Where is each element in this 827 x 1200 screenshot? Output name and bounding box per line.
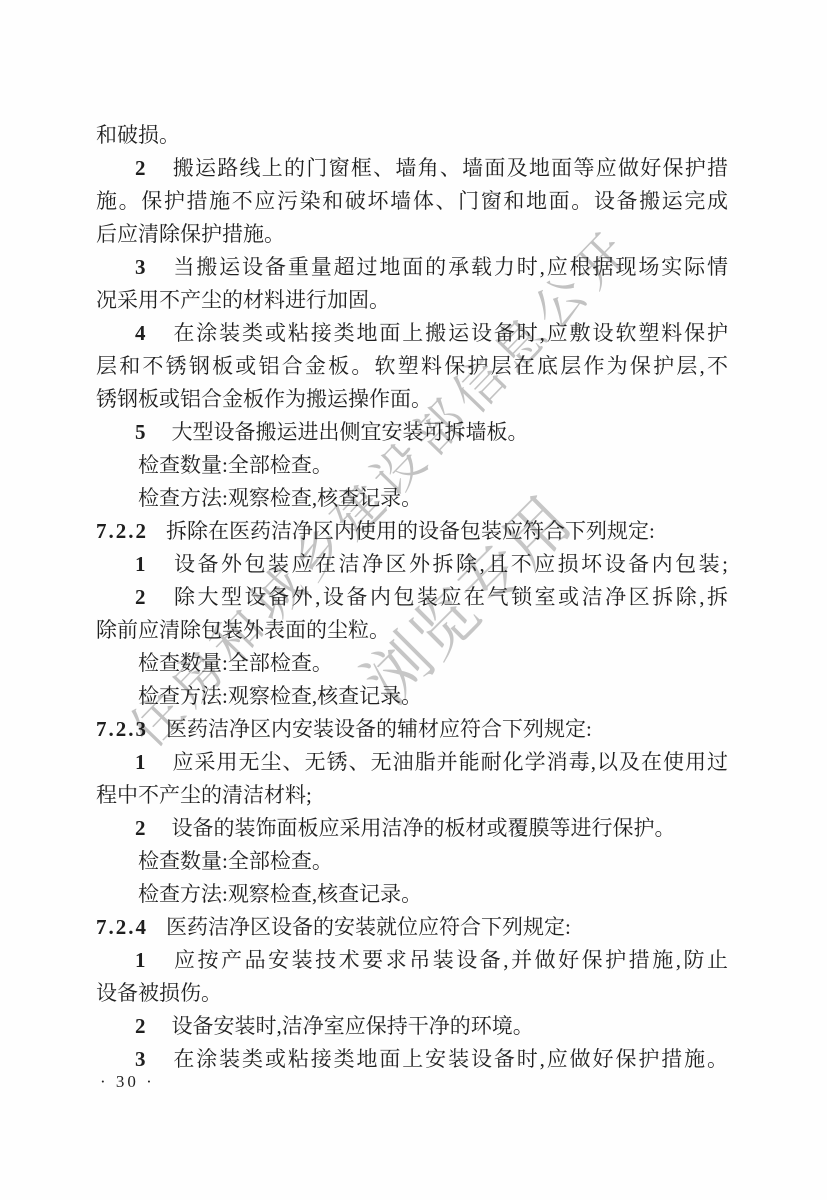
text-line-2: 2搬运路线上的门窗框、墙角、墙面及地面等应做好保护措 [96,152,728,185]
text-line: 施。保护措施不应污染和破坏墙体、门窗和地面。设备搬运完成 [96,185,728,218]
text-line-1: 1应按产品安装技术要求吊装设备,并做好保护措施,防止 [96,944,728,977]
clause-number: 3 [135,1047,146,1071]
line-text: 拆除在医药洁净区内使用的设备包装应符合下列规定: [166,519,655,543]
text-line: 后应清除保护措施。 [96,218,728,251]
text-line: 检查方法:观察检查,核查记录。 [96,482,728,515]
line-text: 应采用无尘、无锈、无油脂并能耐化学消毒,以及在使用过 [172,750,729,774]
line-text: 检查数量:全部检查。 [138,651,333,675]
clause-number: 2 [135,816,146,840]
text-line: 检查方法:观察检查,核查记录。 [96,680,728,713]
line-text: 大型设备搬运进出侧宜安装可拆墙板。 [172,420,529,444]
line-text: 锈钢板或铝合金板作为搬运操作面。 [96,387,432,411]
clause-number: 5 [135,420,146,444]
clause-number: 1 [135,948,146,972]
line-text: 设备安装时,洁净室应保持干净的环境。 [172,1014,534,1038]
clause-number: 7.2.2 [96,519,148,543]
text-line-1: 1应采用无尘、无锈、无油脂并能耐化学消毒,以及在使用过 [96,746,728,779]
line-text: 除大型设备外,设备内包装应在气锁室或洁净区拆除,拆 [172,585,729,609]
clause-number: 1 [135,750,146,774]
text-line-5: 5大型设备搬运进出侧宜安装可拆墙板。 [96,416,728,449]
text-line: 和破损。 [96,119,728,152]
line-text: 程中不产尘的清洁材料; [96,783,312,807]
text-line-7.2.3: 7.2.3医药洁净区内安装设备的辅材应符合下列规定: [96,713,728,746]
document-body: 和破损。2搬运路线上的门窗框、墙角、墙面及地面等应做好保护措施。保护措施不应污染… [96,119,728,1076]
line-text: 在涂装类或粘接类地面上搬运设备时,应敷设软塑料保护 [172,321,729,345]
text-line-7.2.2: 7.2.2拆除在医药洁净区内使用的设备包装应符合下列规定: [96,515,728,548]
line-text: 当搬运设备重量超过地面的承载力时,应根据现场实际情 [172,255,729,279]
line-text: 设备外包装应在洁净区外拆除,且不应损坏设备内包装; [172,552,729,576]
text-line-4: 4在涂装类或粘接类地面上搬运设备时,应敷设软塑料保护 [96,317,728,350]
line-text: 和破损。 [96,123,180,147]
text-line: 锈钢板或铝合金板作为搬运操作面。 [96,383,728,416]
clause-number: 2 [135,585,146,609]
text-line-2: 2除大型设备外,设备内包装应在气锁室或洁净区拆除,拆 [96,581,728,614]
text-line: 检查数量:全部检查。 [96,647,728,680]
clause-number: 2 [135,1014,146,1038]
line-text: 检查方法:观察检查,核查记录。 [138,684,422,708]
page-number: · 30 · [100,1072,155,1092]
text-line: 除前应清除包装外表面的尘粒。 [96,614,728,647]
document-page: 住房和城乡建设部信息公开 浏览专用 和破损。2搬运路线上的门窗框、墙角、墙面及地… [0,0,827,1200]
line-text: 况采用不产尘的材料进行加固。 [96,288,390,312]
line-text: 检查方法:观察检查,核查记录。 [138,882,422,906]
line-text: 检查方法:观察检查,核查记录。 [138,486,422,510]
clause-number: 4 [135,321,146,345]
line-text: 搬运路线上的门窗框、墙角、墙面及地面等应做好保护措 [172,156,729,180]
text-line: 检查数量:全部检查。 [96,845,728,878]
text-line: 程中不产尘的清洁材料; [96,779,728,812]
line-text: 检查数量:全部检查。 [138,849,333,873]
text-line-7.2.4: 7.2.4医药洁净区设备的安装就位应符合下列规定: [96,911,728,944]
clause-number: 3 [135,255,146,279]
line-text: 除前应清除包装外表面的尘粒。 [96,618,390,642]
text-line: 检查方法:观察检查,核查记录。 [96,878,728,911]
line-text: 在涂装类或粘接类地面上安装设备时,应做好保护措施。 [172,1047,729,1071]
text-line-3: 3当搬运设备重量超过地面的承载力时,应根据现场实际情 [96,251,728,284]
text-line-1: 1设备外包装应在洁净区外拆除,且不应损坏设备内包装; [96,548,728,581]
line-text: 后应清除保护措施。 [96,222,285,246]
text-line: 况采用不产尘的材料进行加固。 [96,284,728,317]
clause-number: 7.2.4 [96,915,148,939]
line-text: 施。保护措施不应污染和破坏墙体、门窗和地面。设备搬运完成 [96,189,728,213]
line-text: 医药洁净区设备的安装就位应符合下列规定: [166,915,571,939]
text-line: 设备被损伤。 [96,977,728,1010]
text-line: 检查数量:全部检查。 [96,449,728,482]
line-text: 设备的装饰面板应采用洁净的板材或覆膜等进行保护。 [172,816,676,840]
line-text: 医药洁净区内安装设备的辅材应符合下列规定: [166,717,592,741]
line-text: 设备被损伤。 [96,981,222,1005]
text-line: 层和不锈钢板或铝合金板。软塑料保护层在底层作为保护层,不 [96,350,728,383]
text-line-2: 2设备的装饰面板应采用洁净的板材或覆膜等进行保护。 [96,812,728,845]
line-text: 应按产品安装技术要求吊装设备,并做好保护措施,防止 [172,948,729,972]
clause-number: 2 [135,156,146,180]
clause-number: 7.2.3 [96,717,148,741]
text-line-2: 2设备安装时,洁净室应保持干净的环境。 [96,1010,728,1043]
clause-number: 1 [135,552,146,576]
text-line-3: 3在涂装类或粘接类地面上安装设备时,应做好保护措施。 [96,1043,728,1076]
line-text: 层和不锈钢板或铝合金板。软塑料保护层在底层作为保护层,不 [96,354,728,378]
line-text: 检查数量:全部检查。 [138,453,333,477]
